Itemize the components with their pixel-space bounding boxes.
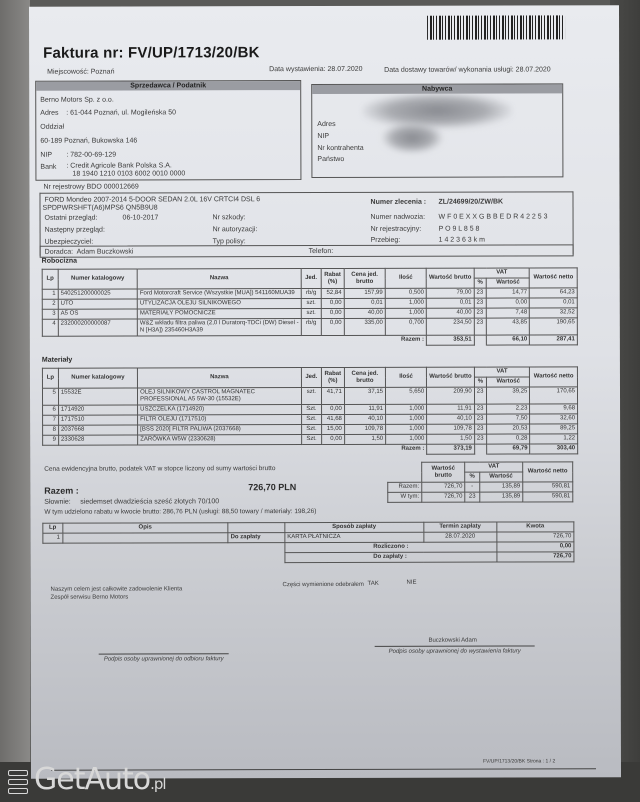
materials-total-gross: 373,19 (427, 444, 475, 454)
advisor-label: Doradca: (45, 248, 73, 257)
cell-net: 32,52 (530, 308, 578, 318)
materials-total-vat: 69,79 (487, 444, 530, 454)
col-vat-pct: % (474, 278, 486, 288)
cell-unit: Szt. (301, 415, 321, 425)
cell-qty: 1,000 (386, 414, 427, 424)
cell-unit-price: 335,00 (344, 318, 385, 335)
buyer-nip-label: NIP (317, 132, 329, 141)
cell-lp: 8 (43, 425, 59, 435)
parts-collected-label: Części wymienione odebrałem (282, 581, 363, 590)
vin: W F 0 E X X G B B E D R 4 2 2 5 3 (439, 212, 548, 221)
cell-pct: 23 (465, 492, 479, 502)
mileage: 1 4 2 3 6 3 k m (439, 236, 485, 245)
table-row: Razem:726,70-135,89590,81 (388, 482, 573, 492)
cell-gross: 40,00 (426, 308, 474, 318)
payment-due: 28.07.2020 (424, 532, 497, 542)
cell-unit: rb/g (301, 289, 321, 299)
seller-address: : 61-044 Poznań, ul. Mogileńska 50 (66, 108, 176, 117)
mileage-label: Przebieg: (371, 236, 401, 245)
cell-unit: szt. (301, 309, 321, 319)
barcode (427, 15, 565, 39)
cell-lp: 2 (42, 299, 58, 309)
cell-vat-pct: 23 (474, 288, 486, 298)
cell-qty: 1,000 (386, 434, 427, 444)
cell-vat-value: 0,28 (487, 434, 530, 444)
summary-total-label: Razem : (44, 486, 79, 496)
cell-net: 9,68 (530, 404, 578, 414)
cell-catalog: 1717510 (58, 415, 137, 425)
seller-bank-label: Bank (40, 163, 56, 172)
col-discount: Rabat (%) (321, 268, 344, 288)
col-vat: VAT (465, 462, 523, 472)
cell-name: FILTR OLEJU (1717510) (138, 415, 302, 425)
invoice-paper: Faktura nr: FV/UP/1713/20/BK Miejscowość… (29, 5, 621, 779)
last-inspection-label: Ostatni przegląd: (45, 214, 98, 223)
cell-catalog: 2330628 (58, 435, 137, 445)
labor-total-net: 287,41 (530, 335, 578, 345)
cell-vat-pct: 23 (474, 424, 486, 434)
cell-catalog: UTO (58, 299, 137, 309)
cell-name: W&Z wkładu filtra paliwa (2,0 l Duratorq… (137, 319, 301, 336)
cell-gross: 209,90 (427, 387, 475, 404)
cell-gross: 1,50 (427, 434, 475, 444)
cell-vat-pct: 23 (474, 387, 486, 404)
cell-discount: 0,00 (322, 434, 345, 444)
col-unit: Jed. (301, 368, 321, 388)
seller-nip: : 782-00-69-129 (66, 151, 116, 160)
seller-header: Sprzedawca / Podatnik (36, 81, 300, 91)
cell-vat-value: 14,77 (486, 288, 529, 298)
cell-unit-price: 40,10 (344, 414, 385, 424)
cell-discount: 0,00 (321, 298, 344, 308)
cell-qty: 5,650 (385, 387, 426, 404)
last-inspection: 06-10-2017 (123, 213, 159, 222)
cell-net: 590,81 (523, 492, 573, 502)
words: siedemset dwadzieścia sześć złotych 70/1… (80, 497, 219, 506)
reg: P O 9 L 8 5 8 (439, 225, 480, 234)
seller-branch-address: 60-189 Poznań, Bukowska 146 (40, 136, 137, 145)
damage-no-label: Nr szkody: (213, 213, 246, 222)
col-vat-pct: % (474, 377, 486, 387)
col-vat-pct: % (465, 472, 479, 482)
materials-table: Lp Numer katalogowy Nazwa Jed. Rabat (%)… (42, 366, 578, 455)
cell-unit-price: 0,01 (344, 298, 385, 308)
cell-net: 190,65 (530, 318, 578, 335)
order-no: ZL/24699/20/ZW/BK (438, 198, 503, 207)
settled-label: Rozliczono : (285, 542, 497, 553)
cell-lp: 3 (42, 309, 58, 319)
payment-to-pay-label: Do zapłaty (228, 533, 285, 543)
vin-label: Numer nadwozia: (371, 213, 425, 222)
cell-net: 0,01 (530, 298, 578, 308)
cell-vat-value: 7,50 (487, 414, 530, 424)
labor-total-label: Razem : (42, 335, 426, 346)
col-gross: Wartość brutto (426, 268, 474, 288)
background-left (0, 0, 30, 802)
cell-vat-pct: 23 (474, 298, 486, 308)
cell-gross: 0,01 (426, 298, 474, 308)
cell-net: 590,81 (523, 482, 573, 492)
cell-unit: Szt. (301, 435, 321, 445)
receiver-signature-caption: Podpis osoby uprawnionej do odbioru fakt… (99, 655, 229, 664)
cell-vat: 135,89 (479, 482, 522, 492)
col-net: Wartość netto (530, 367, 578, 387)
labor-rows: 1540251200000025Ford Motorcraft Service … (42, 288, 577, 336)
col-discount: Rabat (%) (321, 367, 344, 387)
cell-qty: 1,000 (386, 404, 427, 414)
cell-lp: 7 (43, 415, 59, 425)
materials-title: Materiały (42, 357, 72, 364)
redacted-area (382, 123, 442, 153)
seller-address-label: Adres (40, 109, 58, 118)
cell-unit: szt. (301, 388, 321, 405)
col-method: Sposób zapłaty (285, 522, 424, 532)
cell-unit-price: 37,15 (344, 387, 385, 404)
cell-catalog: A5 OS (58, 309, 137, 319)
cell-pct: - (465, 482, 479, 492)
vat-summary-rows: Razem:726,70-135,89590,81W tym:726,70231… (388, 482, 573, 502)
cell-qty: 0,500 (385, 288, 426, 298)
words-label: Słownie: (44, 498, 70, 507)
cell-qty: 0,700 (385, 318, 426, 335)
cell-net: 170,65 (530, 387, 578, 404)
cell-discount: 52,84 (321, 288, 344, 298)
watermark-logo: GetAuto.pl (34, 762, 166, 797)
vehicle-model-line2: SPDPWRSHFT(A6)MPS6 QN5B9U8 (43, 203, 158, 212)
summary-total-value: 726,70 PLN (248, 482, 296, 492)
summary-note: Cena ewidencyjna brutto, podatek VAT w s… (44, 464, 275, 474)
cell-unit-price: 40,00 (344, 308, 385, 318)
due-label: Do zapłaty : (285, 552, 497, 563)
cell-catalog: 540251200000025 (58, 289, 137, 299)
slogan-line2: Zespół serwisu Berno Motors (51, 594, 129, 602)
cell-discount: 15,00 (321, 424, 344, 434)
watermark-tld: .pl (150, 775, 165, 793)
vat-summary-table: Wartość brutto VAT Wartość netto % Warto… (387, 461, 573, 502)
order-no-label: Numer zlecenia : (370, 198, 426, 207)
cell-vat-pct: 23 (474, 434, 486, 444)
cell-discount: 41,71 (321, 387, 344, 404)
cell-vat-value: 2,23 (487, 404, 530, 414)
page-number: FV/UP/1713/20/BK Strona : 1 / 2 (483, 757, 555, 766)
cell-discount: 41,68 (321, 414, 344, 424)
seller-box: Sprzedawca / Podatnik Berno Motors Sp. z… (35, 80, 301, 181)
cell-qty: 1,000 (385, 308, 426, 318)
auth-no-label: Nr autoryzacji: (213, 225, 258, 234)
cell-catalog: 232000200000087 (58, 319, 137, 336)
col-name: Nazwa (137, 269, 301, 289)
watermark-brand: GetAuto (34, 762, 150, 797)
cell-vat-value: 20,53 (487, 424, 530, 434)
cell-vat-value: 0,00 (486, 298, 529, 308)
invoice-place: Miejscowość: Poznań (47, 68, 114, 77)
buyer-country-label: Państwo (317, 155, 344, 164)
labor-title: Robocizna (42, 258, 77, 265)
seller-branch-label: Oddział (40, 123, 64, 132)
cell-lp: 9 (43, 435, 59, 445)
cell-label: Razem: (388, 482, 422, 492)
col-catalog: Numer katalogowy (58, 368, 137, 388)
seller-bank-account: 18 1940 1210 0103 6002 0010 0000 (72, 169, 185, 178)
payment-table: Lp Opis Sposób zapłaty Termin zapłaty Kw… (42, 521, 574, 563)
slogan-line1: Naszym celem jest całkowite zadowolenie … (51, 585, 183, 593)
cell-vat: 135,89 (479, 492, 522, 502)
seller-nip-label: NIP (40, 151, 52, 160)
materials-total-label: Razem : (43, 444, 427, 455)
advisor: Adam Buczkowski (77, 248, 134, 257)
buyer-address-label: Adres (317, 120, 335, 129)
col-qty: Ilość (385, 367, 426, 387)
cell-unit-price: 157,99 (344, 288, 385, 298)
col-due: Termin zapłaty (424, 522, 497, 532)
col-gross: Wartość brutto (427, 367, 475, 387)
col-vat: VAT (474, 268, 530, 278)
cell-name: USZCZELKA (1714920) (138, 405, 302, 415)
seller-name: Berno Motors Sp. z o.o. (40, 96, 114, 105)
menu-icon (8, 770, 28, 794)
cell-gross: 234,50 (427, 318, 475, 335)
parts-collected-yes: TAK (367, 580, 378, 589)
payment-lp: 1 (43, 533, 63, 543)
col-lp: Lp (42, 269, 58, 289)
col-qty: Ilość (385, 268, 426, 288)
col-unit: Jed. (301, 269, 321, 289)
cell-qty: 1,000 (385, 298, 426, 308)
cell-unit: Szt. (301, 425, 321, 435)
cell-name: ŻARÓWKA W5W (2330628) (138, 435, 302, 445)
cell-vat-pct: 23 (474, 404, 486, 414)
col-catalog: Numer katalogowy (58, 269, 137, 289)
cell-vat-pct: 23 (474, 318, 486, 335)
cell-name: Ford Motorcraft Service (Wszystkie [MUA]… (137, 289, 301, 299)
cell-unit: szt. (301, 299, 321, 309)
table-row: W tym:726,7023135,89590,81 (388, 492, 573, 502)
cell-gross: 109,78 (427, 424, 475, 434)
cell-unit-price: 1,50 (344, 434, 385, 444)
cell-net: 32,60 (530, 414, 578, 424)
issue-date: Data wystawienia: 28.07.2020 (269, 65, 362, 74)
col-vat-value: Wartość (479, 472, 522, 482)
buyer-client-no-label: Nr kontrahenta (317, 144, 363, 153)
cell-vat-value: 43,85 (486, 318, 529, 335)
cell-unit: rb/g (301, 319, 321, 336)
col-lp: Lp (43, 523, 63, 533)
invoice-title: Faktura nr: FV/UP/1713/20/BK (43, 44, 260, 62)
col-unit-price: Cena jed. brutto (344, 367, 385, 387)
cell-gross: 726,70 (422, 482, 465, 492)
cell-catalog: 1714920 (58, 405, 137, 415)
cell-discount: 0,00 (321, 308, 344, 318)
bdo-number: Nr rejestrowy BDO 000012669 (43, 182, 138, 191)
settled: 0,00 (497, 542, 574, 552)
table-row: 4232000200000087W&Z wkładu filtra paliwa… (42, 318, 577, 336)
cell-unit-price: 109,78 (344, 424, 385, 434)
cell-catalog: 15532E (58, 388, 137, 405)
cell-net: 64,23 (530, 288, 578, 298)
col-unit-price: Cena jed. brutto (344, 268, 385, 288)
cell-qty: 1,000 (386, 424, 427, 434)
cell-gross: 726,70 (422, 492, 465, 502)
col-amount: Kwota (497, 522, 574, 532)
next-inspection-label: Następny przegląd: (45, 226, 105, 235)
cell-gross: 79,00 (426, 288, 474, 298)
col-net: Wartość netto (523, 462, 573, 482)
cell-gross: 40,10 (427, 414, 475, 424)
issuer-name: Buczkowski Adam (373, 636, 533, 645)
cell-discount: 0,00 (321, 404, 344, 414)
cell-catalog: 2037668 (58, 425, 137, 435)
cell-name: UTYLIZACJA OLEJU SILNIKOWEGO (137, 299, 301, 309)
cell-net: 1,22 (530, 434, 578, 444)
labor-table: Lp Numer katalogowy Nazwa Jed. Rabat (%)… (42, 267, 578, 346)
cell-lp: 4 (42, 319, 58, 336)
materials-rows: 515532EOLEJ SILNIKOWY CASTROL MAGNATEC P… (42, 387, 577, 445)
col-name: Nazwa (138, 368, 302, 388)
payment-method: KARTA PŁATNICZA (285, 532, 424, 542)
col-net: Wartość netto (530, 268, 578, 288)
cell-unit: Szt. (301, 405, 321, 415)
cell-vat-pct: 23 (474, 414, 486, 424)
col-lp: Lp (42, 368, 58, 388)
cell-unit-price: 11,91 (344, 404, 385, 414)
cell-lp: 1 (42, 289, 58, 299)
cell-gross: 11,91 (427, 404, 475, 414)
cell-name: [BSS 2020] FILTR PALIWA (2037668) (138, 425, 302, 435)
cell-lp: 6 (43, 405, 59, 415)
parts-collected-no: NIE (406, 579, 416, 588)
col-gross: Wartość brutto (422, 462, 465, 482)
cell-vat-value: 7,48 (486, 308, 529, 318)
col-vat-value: Wartość (486, 278, 529, 288)
cell-name: MATERIAŁY POMOCNICZE (137, 309, 301, 319)
due-amount: 726,70 (497, 552, 574, 562)
cell-name: OLEJ SILNIKOWY CASTROL MAGNATEC PROFESSI… (138, 388, 302, 405)
table-row: 515532EOLEJ SILNIKOWY CASTROL MAGNATEC P… (42, 387, 577, 405)
cell-net: 89,25 (530, 424, 578, 434)
phone-label: Telefon: (309, 247, 334, 256)
col-vat-value: Wartość (487, 377, 530, 387)
payment-desc (62, 533, 228, 543)
cell-lp: 5 (42, 388, 58, 405)
materials-total-net: 303,40 (530, 444, 578, 454)
buyer-box: Nabywca Adres NIP Nr kontrahenta Państwo (311, 83, 563, 178)
labor-total-gross: 353,51 (427, 335, 475, 345)
col-desc: Opis (62, 523, 228, 533)
issuer-signature-caption: Podpis osoby uprawnionej do wystawienia … (375, 647, 535, 656)
advisor-row: Doradca: Adam Buczkowski Telefon: (40, 244, 574, 257)
payment-amount: 726,70 (497, 532, 574, 542)
delivery-date: Data dostawy towarów/ wykonania usługi: … (384, 65, 551, 74)
cell-discount: 0,00 (321, 318, 344, 335)
reg-label: Nr rejestracyjny: (371, 225, 422, 234)
cell-vat-pct: 23 (474, 308, 486, 318)
cell-vat-value: 39,25 (487, 387, 530, 404)
cell-label: W tym: (388, 492, 422, 502)
discount-note: W tym udzielono rabatu w kwocie brutto: … (44, 507, 316, 517)
labor-total-vat: 66,10 (486, 335, 529, 345)
col-vat: VAT (474, 367, 530, 377)
